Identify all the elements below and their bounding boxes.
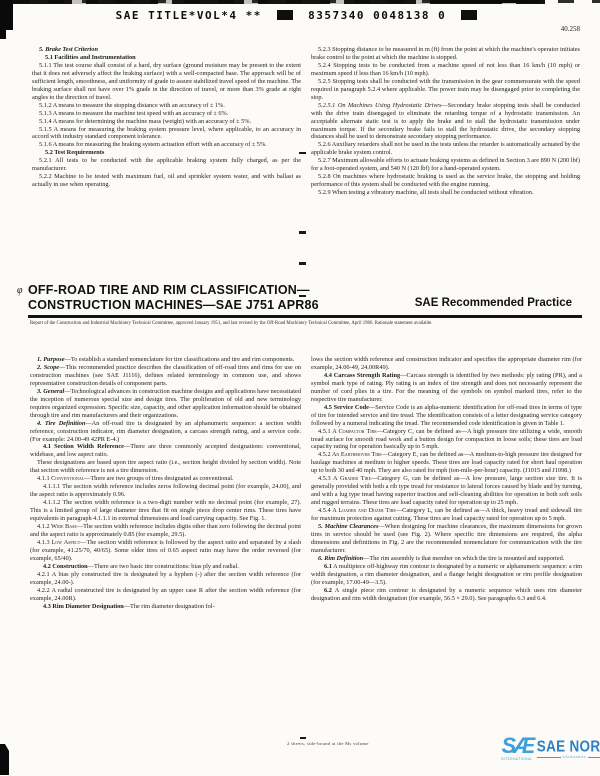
paragraph-lead: 4.2.2: [37, 587, 50, 594]
paragraph-lead: 5.2.6: [318, 141, 331, 148]
paragraph: 4.2 Construction—There are two basic tir…: [30, 563, 301, 571]
paragraph-lead: 6.1: [324, 563, 332, 570]
scan-artifact-tick: [299, 262, 306, 265]
body-right-column: lows the section width reference and con…: [311, 356, 582, 611]
ocr-header-strip: SAE TITLE*VOL*4 ** 8357340 0048138 0: [0, 9, 600, 22]
paragraph: 5.1.4 A means for determining the machin…: [32, 118, 301, 126]
paragraph: 4.5.4 A Loader and Dozer Tire—Category L…: [311, 507, 582, 523]
paragraph: 4.1.2 Wide Base—The section width refere…: [30, 523, 301, 539]
footer-note: 2 sheets, side-bound at the Ms volume: [287, 741, 369, 746]
paragraph-lead: 5.1.4: [39, 118, 52, 125]
sae-norm-logo: SÆ INTERNATIONAL SAE NORM STANDARDS: [501, 736, 595, 774]
paragraph-lead: 2. Scope: [37, 364, 59, 371]
sae-norm-box: SAE NORM STANDARDS: [537, 739, 600, 759]
paragraph: lows the section width reference and con…: [311, 356, 582, 372]
paragraph-lead: 4.2 Construction: [43, 563, 88, 570]
paragraph: 4.4 Carcass Strength Rating—Carcass stre…: [311, 372, 582, 404]
paragraph-lead: 5.2.5.1 On Machines Using Hydrostatic Dr…: [318, 102, 441, 109]
brake-test-right-column: 5.2.3 Stopping distance to be measured i…: [311, 46, 580, 197]
standard-title-block: φ OFF-ROAD TIRE AND RIM CLASSIFICATION— …: [28, 283, 582, 314]
paragraph: 4.1.3 Low Aspect—The section width refer…: [30, 539, 301, 563]
section-heading: 5.1 Facilities and Instrumentation: [32, 54, 301, 62]
revision-marker: φ: [17, 285, 23, 296]
scan-artifact-top-left-block2: [0, 30, 6, 39]
standard-title: OFF-ROAD TIRE AND RIM CLASSIFICATION— CO…: [28, 283, 400, 313]
page-number: 40.258: [561, 25, 580, 33]
barcode-block-icon: [277, 10, 293, 20]
paragraph: 4.1.1.2 The section width reference is a…: [30, 499, 301, 523]
paragraph-lead: 4.1.2 Wide Base: [37, 523, 77, 530]
paragraph-lead: 5.2.2: [39, 173, 52, 180]
section-heading: 5. Brake Test Criterion: [32, 46, 301, 54]
paragraph: 1. Purpose—To establish a standard nomen…: [30, 356, 301, 364]
paragraph-lead: 5. Brake Test Criterion: [39, 46, 98, 53]
paragraph: 4.2.2 A radial constructed tire is desig…: [30, 587, 301, 603]
paragraph-lead: 4.1.1.1: [43, 483, 60, 490]
paragraph-lead: 4.3 Rim Diameter Designation: [43, 603, 124, 610]
title-rule-divider: [28, 315, 582, 318]
paragraph-lead: 5.1.5: [39, 126, 52, 133]
paragraph: 5.2.5 Stopping tests shall be conducted …: [311, 78, 580, 102]
paragraph: 5.2.9 When testing a vibratory machine, …: [311, 189, 580, 197]
paragraph-lead: 4.4 Carcass Strength Rating: [324, 372, 400, 379]
scanned-document-page: SAE TITLE*VOL*4 ** 8357340 0048138 0 40.…: [0, 0, 600, 776]
paragraph: 2. Scope—This recommended practice descr…: [30, 364, 301, 388]
paragraph: 6. Rim Definition—The rim assembly is th…: [311, 555, 582, 563]
sae-mark-box: SÆ INTERNATIONAL: [501, 736, 533, 761]
paragraph: 6.2 A single piece rim contour is design…: [311, 587, 582, 603]
paragraph-lead: 1. Purpose: [37, 356, 65, 363]
paragraph-lead: 4.1 Section Width Reference: [43, 443, 124, 450]
paragraph-lead: 4.5.2 An Earthmover Tire: [318, 451, 382, 458]
practice-label: SAE Recommended Practice: [415, 297, 572, 309]
paragraph: 5.2.3 Stopping distance to be measured i…: [311, 46, 580, 62]
brake-test-section: 5. Brake Test Criterion5.1 Facilities an…: [32, 46, 580, 197]
paragraph-lead: 5.2.7: [318, 157, 331, 164]
scan-artifact-tick: [300, 737, 306, 739]
paragraph: 5.1.5 A means for measuring the braking …: [32, 126, 301, 142]
paragraph: 6.1 A multipiece off-highway rim contour…: [311, 563, 582, 587]
paragraph: 5.1.3 A means to measure the machine tes…: [32, 110, 301, 118]
paragraph-lead: 4. Tire Definition: [37, 420, 85, 427]
paragraph-lead: 4.5.3 A Grader Tire: [318, 475, 371, 482]
paragraph-lead: 5.2.1: [39, 157, 52, 164]
scan-artifact-top-dash: [430, 0, 526, 3]
paragraph-lead: 6. Rim Definition: [318, 555, 363, 562]
paragraph-lead: 4.1.1 Conventional: [37, 475, 84, 482]
paragraph-lead: 5.2.5: [318, 78, 331, 85]
paragraph-lead: 5.2.8: [318, 173, 331, 180]
paragraph: 5.1.2 A means to measure the stopping di…: [32, 102, 301, 110]
paragraph: 4.2.1 A bias ply constructed tire is des…: [30, 571, 301, 587]
paragraph: 4.5.3 A Grader Tire—Category G, can be d…: [311, 475, 582, 507]
paragraph: 5.1.6 A means for measuring the braking …: [32, 141, 301, 149]
classification-body-section: 1. Purpose—To establish a standard nomen…: [30, 356, 582, 611]
paragraph: 5.2.1 All tests to be conducted with the…: [32, 157, 301, 173]
paragraph: 5.2.8 On machines where hydrostatic brak…: [311, 173, 580, 189]
paragraph-lead: 5.1.1: [39, 62, 52, 69]
ocr-header-title: SAE TITLE*VOL*4 **: [116, 9, 262, 22]
paragraph-lead: 5.2.4: [318, 62, 331, 69]
ocr-header-code: 8357340 0048138 0: [308, 9, 446, 22]
paragraph-lead: 4.5.1 A Compactor Tire: [318, 428, 377, 435]
paragraph: 5.2.5.1 On Machines Using Hydrostatic Dr…: [311, 102, 580, 142]
body-left-column: 1. Purpose—To establish a standard nomen…: [30, 356, 301, 611]
brake-test-left-column: 5. Brake Test Criterion5.1 Facilities an…: [32, 46, 301, 197]
logo-divider-line: [588, 757, 600, 758]
paragraph: 4.1.1.1 The section width reference incl…: [30, 483, 301, 499]
paragraph: 4.5.1 A Compactor Tire—Category C, can b…: [311, 428, 582, 452]
paragraph-lead: 5.1.2: [39, 102, 52, 109]
paragraph: 4.5.2 An Earthmover Tire—Category E, can…: [311, 451, 582, 475]
paragraph: 4.3 Rim Diameter Designation—The rim dia…: [30, 603, 301, 611]
paragraph-lead: 5. Machine Clearances: [318, 523, 378, 530]
paragraph-lead: 4.1.3 Low Aspect: [37, 539, 80, 546]
scan-artifact-bottom-left-block: [0, 744, 9, 775]
paragraph-lead: 4.2.1: [37, 571, 50, 578]
paragraph-lead: 6.2: [324, 587, 332, 594]
paragraph: 4.1.1 Conventional—There are two groups …: [30, 475, 301, 483]
paragraph-lead: 5.1.6: [39, 141, 52, 148]
paragraph: 5. Machine Clearances—When designing for…: [311, 523, 582, 555]
sae-norm-sublabel: STANDARDS: [563, 755, 587, 759]
scan-artifact-tick: [299, 231, 306, 234]
paragraph: 5.1.1 The test course shall consist of a…: [32, 62, 301, 102]
paragraph-lead: 5.2 Test Requirements: [45, 149, 104, 156]
paragraph: 4. Tire Definition—An off-road tire is d…: [30, 420, 301, 444]
sae-international-label: INTERNATIONAL: [501, 757, 533, 761]
committee-footnote: Report of the Construction and Industria…: [30, 321, 580, 327]
sae-logo-icon: SÆ: [502, 736, 533, 755]
paragraph: 5.2.2 Machine to be tested with maximum …: [32, 173, 301, 189]
paragraph-lead: 4.5.4 A Loader and Dozer Tire: [318, 507, 396, 514]
paragraph: These designations are based upon tire a…: [30, 459, 301, 475]
logo-divider-line: [537, 757, 561, 758]
barcode-block-icon: [461, 10, 477, 20]
paragraph-lead: 5.1 Facilities and Instrumentation: [45, 54, 136, 61]
paragraph: 4.1 Section Width Reference—There are th…: [30, 443, 301, 459]
paragraph: 5.2.7 Maximum allowable efforts to actua…: [311, 157, 580, 173]
paragraph: 3. General—Technological advances in con…: [30, 388, 301, 420]
sae-norm-subtext: STANDARDS: [537, 755, 600, 759]
standard-title-line2: CONSTRUCTION MACHINES—SAE J751 APR86: [28, 298, 400, 313]
paragraph-lead: 5.1.3: [39, 110, 52, 117]
paragraph-lead: 5.2.3: [318, 46, 331, 53]
sae-norm-wordmark: SAE NORM: [537, 739, 600, 754]
paragraph-lead: 5.2.9: [318, 189, 331, 196]
paragraph: 4.5 Service Code—Service Code is an alph…: [311, 404, 582, 428]
paragraph: 5.2.6 Auxiliary retarders shall not be u…: [311, 141, 580, 157]
paragraph-lead: 3. General: [37, 388, 64, 395]
paragraph: 5.2.4 Stopping tests to be conducted fro…: [311, 62, 580, 78]
standard-title-line1: OFF-ROAD TIRE AND RIM CLASSIFICATION—: [28, 283, 400, 298]
paragraph-lead: 4.5 Service Code: [324, 404, 369, 411]
section-heading: 5.2 Test Requirements: [32, 149, 301, 157]
paragraph-lead: 4.1.1.2: [43, 499, 60, 506]
